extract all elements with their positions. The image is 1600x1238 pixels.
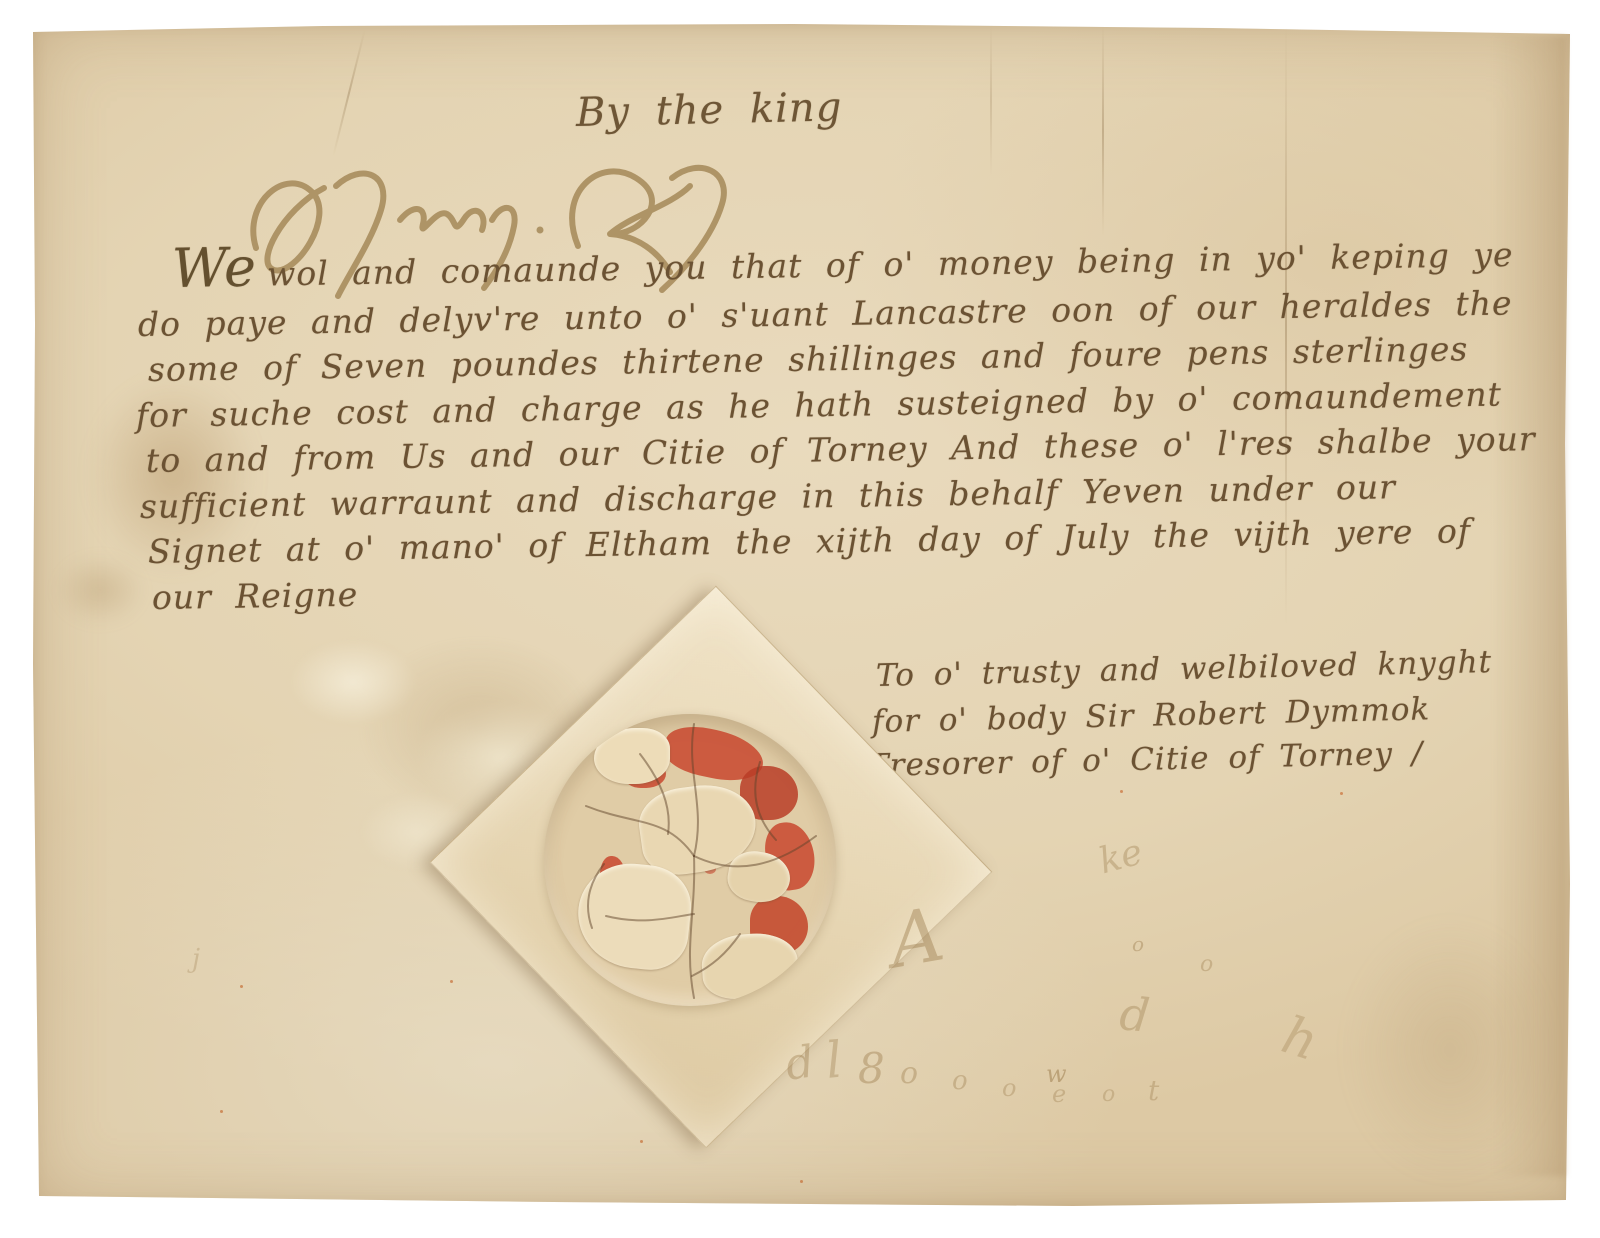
body-line: our Reigne bbox=[152, 575, 359, 617]
red-wax-seal bbox=[544, 714, 836, 1006]
heading-by-the-king: By the king bbox=[576, 84, 843, 136]
seal-crack-lines bbox=[544, 714, 836, 1006]
orange-speckles bbox=[640, 1140, 643, 1143]
photo-stage: By the king Wewol and comaunde you that … bbox=[0, 0, 1600, 1238]
decorated-initial: We bbox=[171, 236, 257, 300]
